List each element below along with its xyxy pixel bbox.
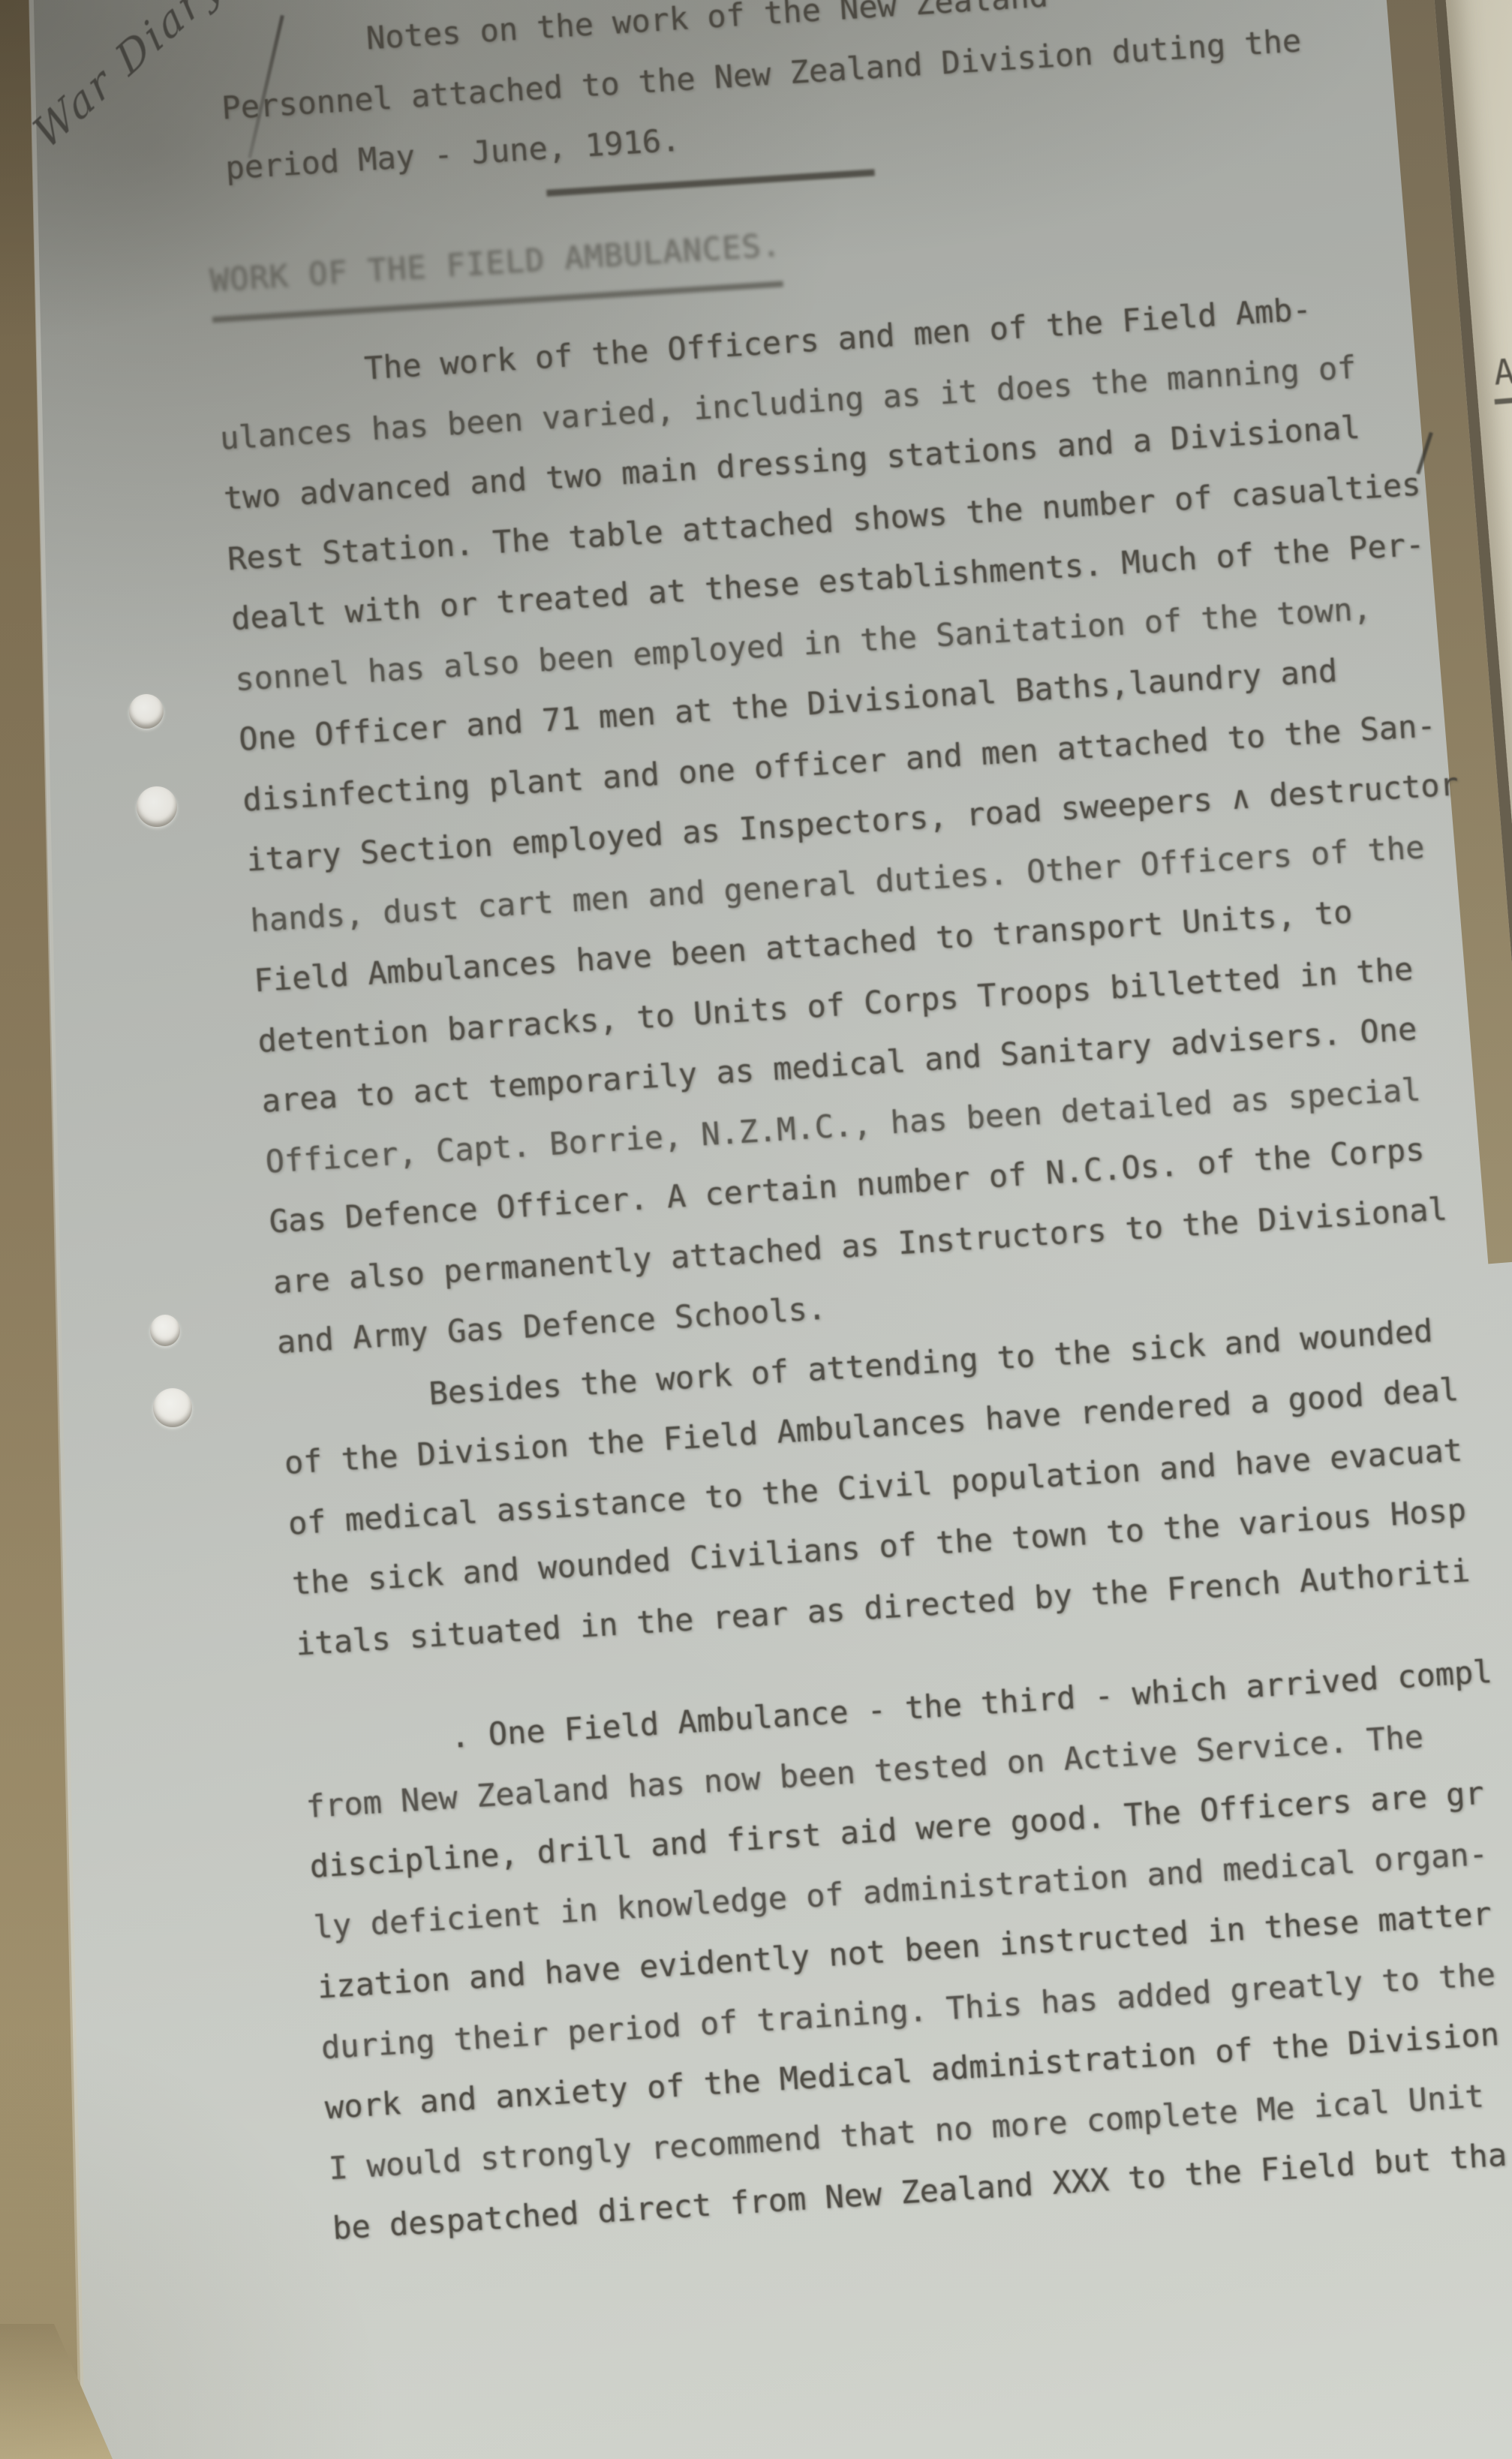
book-fore-edge (0, 0, 98, 2459)
punch-hole (137, 786, 177, 827)
punch-hole (150, 1315, 180, 1346)
punch-hole (153, 1388, 192, 1427)
punch-hole (129, 694, 164, 729)
paragraph-third-field-ambulance: . One Field Ambulance - the third - whic… (300, 1632, 1512, 2259)
war-diary-page-photo: AP War Diary Notes on the work of the Ne… (0, 0, 1512, 2459)
page-stack-corner (0, 2324, 113, 2459)
section-heading: WORK OF THE FIELD AMBULANCES. (208, 215, 783, 323)
typed-text-block: Notes on the work of the New Zealand Per… (194, 0, 1512, 2259)
paragraph-field-ambulance-work: The work of the Officers and men of the … (215, 263, 1512, 1373)
